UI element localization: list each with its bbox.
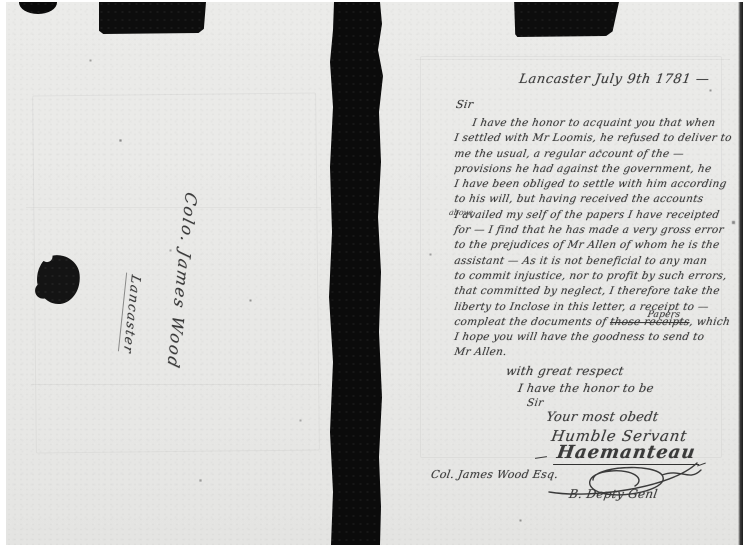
- letter-line: I settled with Mr Loomis, he refused to …: [453, 131, 743, 146]
- letter-line: to the prejudices of Mr Allen of whom he…: [453, 238, 743, 253]
- letter-line: Mr Allen.: [453, 345, 743, 360]
- letter-line: I availed my self of the papers I have r…: [453, 208, 743, 223]
- letter-line: assistant — As it is not beneficial to a…: [453, 254, 743, 269]
- letter-line: provisions he had against the government…: [453, 162, 743, 177]
- signature-title: B. Depty Genl: [568, 487, 659, 501]
- line-text-post: , which: [689, 316, 731, 328]
- addressee-docket: Col. James Wood Esq.: [430, 468, 559, 481]
- letter-line: I have been obliged to settle with him a…: [453, 177, 743, 192]
- letter-line: liberty to Inclose in this letter, a rec…: [453, 300, 743, 315]
- letter-line: to commit injustice, nor to profit by su…: [453, 269, 743, 284]
- letter-line: for — I find that he has made a very gro…: [453, 223, 743, 238]
- letter-line: that committed by neglect, I therefore t…: [453, 284, 743, 299]
- paper-crease: [31, 384, 321, 385]
- closing-obedient: Your most obedt: [545, 410, 659, 425]
- scanned-letter-document: Colo. James Wood Lancaster Lancaster Jul…: [0, 0, 748, 547]
- inserted-word: Papers: [646, 308, 681, 323]
- letter-back-page: Colo. James Wood Lancaster: [6, 2, 327, 545]
- letter-lines-lower: I hope you will have the goodness to sen…: [453, 330, 743, 361]
- letter-front-page: Lancaster July 9th 1781 — Sir above I ha…: [385, 2, 743, 545]
- letter-line-with-correction: compleat the documents of those receipts…: [453, 315, 743, 330]
- paper-crease: [415, 59, 730, 60]
- closing-respect: with great respect: [505, 364, 625, 378]
- closing-sir: Sir: [526, 397, 544, 409]
- letter-salutation: Sir: [455, 98, 474, 111]
- letter-line: I hope you will have the goodness to sen…: [453, 330, 743, 345]
- closing-honor: I have the honor to be: [517, 381, 655, 395]
- letter-body: above I have the honor to acquaint you t…: [453, 116, 743, 361]
- letter-lines-upper: I have the honor to acquaint you that wh…: [453, 116, 743, 315]
- film-scan-area: Colo. James Wood Lancaster Lancaster Jul…: [6, 2, 743, 545]
- letter-line: me the usual, a regular account of the —: [453, 147, 743, 162]
- film-center-strip: [327, 2, 387, 545]
- letter-line: I have the honor to acquaint you that wh…: [453, 116, 743, 131]
- line-text-pre: compleat the documents of: [453, 316, 611, 328]
- letter-line: to his will, but having received the acc…: [453, 192, 743, 207]
- letter-dateline: Lancaster July 9th 1781 —: [518, 72, 711, 87]
